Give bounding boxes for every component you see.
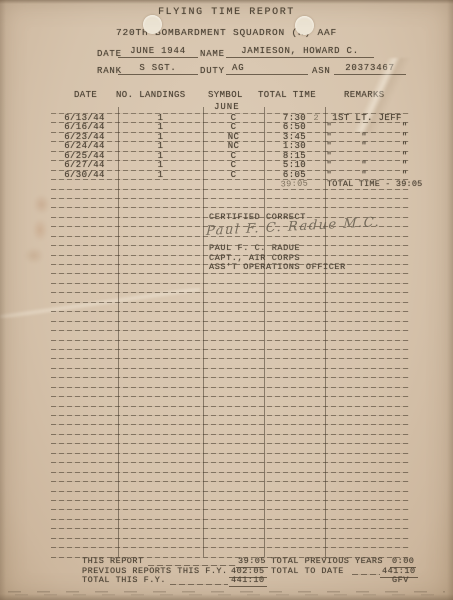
hole-punch-right — [295, 16, 314, 35]
table-empty-row — [51, 274, 409, 283]
table-empty-row — [51, 341, 409, 350]
cell-total-remark: TOTAL TIME - 39:05 — [327, 180, 453, 189]
bottom-edge-dashes — [8, 591, 445, 593]
table-vertical-rule — [264, 107, 265, 557]
table-empty-row — [51, 435, 409, 444]
total-to-date-label: TOTAL TO DATE — [271, 566, 344, 576]
table-empty-row — [51, 303, 409, 312]
table-vertical-rule — [118, 107, 119, 557]
table-vertical-rule — [325, 107, 326, 557]
name-value: JAMIESON, HOWARD C. — [226, 46, 374, 58]
table-empty-row — [51, 444, 409, 453]
gfv-stamp: GFV — [392, 575, 409, 585]
table-empty-row — [51, 322, 409, 331]
certifier-name: PAUL F. C. RADUE — [209, 243, 300, 253]
certifier-title: ASS'T OPERATIONS OFFICER — [209, 262, 346, 272]
table-empty-row — [51, 520, 409, 529]
table-empty-row — [51, 482, 409, 491]
month-label: JUNE — [214, 102, 240, 112]
page-subtitle: 720TH BOMBARDMENT SQUADRON (H) AAF — [0, 27, 453, 38]
cell-symbol: C — [203, 171, 264, 180]
table-empty-row — [51, 293, 409, 302]
table-empty-row — [51, 199, 409, 208]
table-empty-row — [51, 388, 409, 397]
table-empty-row — [51, 331, 409, 340]
table-empty-row — [51, 378, 409, 387]
table-empty-row — [51, 492, 409, 501]
cell-date: 6/30/44 — [51, 171, 118, 180]
bottom-edge-dashes — [8, 594, 445, 596]
certifier-rank: CAPT., AIR CORPS — [209, 253, 300, 263]
total-this-fy-label: TOTAL THIS F.Y. — [82, 575, 166, 585]
table-empty-row — [51, 284, 409, 293]
cell-landings: 1 — [118, 171, 203, 180]
document-page: FLYING TIME REPORT 720TH BOMBARDMENT SQU… — [0, 0, 453, 600]
table-empty-row — [51, 510, 409, 519]
table-empty-row — [51, 350, 409, 359]
table-empty-row — [51, 407, 409, 416]
flight-log-table: 6/13/44 1 C 7:30 2 1ST LT. JEFF 6/16/44 … — [51, 114, 409, 558]
table-total-row: 39:05 TOTAL TIME - 39:05 — [51, 180, 409, 189]
table-empty-row — [51, 359, 409, 368]
table-empty-row — [51, 397, 409, 406]
rank-value: S SGT. — [118, 63, 198, 75]
blank-underline — [352, 574, 380, 575]
table-empty-row — [51, 463, 409, 472]
hole-punch-left — [143, 15, 162, 34]
table-empty-row — [51, 539, 409, 548]
table-vertical-rule — [203, 107, 204, 557]
this-report-label: THIS REPORT — [82, 556, 144, 566]
date-value: JUNE 1944 — [118, 46, 198, 58]
total-previous-years-label: TOTAL PREVIOUS YEARS — [271, 556, 383, 566]
blank-underline — [170, 584, 228, 585]
table-empty-row — [51, 369, 409, 378]
previous-reports-label: PREVIOUS REPORTS THIS F.Y. — [82, 566, 228, 576]
table-empty-row — [51, 425, 409, 434]
total-this-fy-value: 441:10 — [229, 575, 267, 587]
column-header-symbol: SYMBOL — [208, 90, 243, 100]
table-empty-row — [51, 312, 409, 321]
name-label: NAME — [200, 49, 225, 59]
table-empty-row — [51, 190, 409, 199]
column-header-date: DATE — [74, 90, 97, 100]
table-empty-row — [51, 454, 409, 463]
table-empty-row — [51, 529, 409, 538]
page-title: FLYING TIME REPORT — [0, 7, 453, 18]
column-header-landings: NO. LANDINGS — [116, 90, 186, 100]
pencil-mark: 2 — [309, 114, 323, 124]
duty-value: AG — [226, 63, 308, 75]
table-empty-row — [51, 501, 409, 510]
table-empty-row — [51, 473, 409, 482]
table-empty-row — [51, 416, 409, 425]
duty-label: DUTY — [200, 66, 225, 76]
